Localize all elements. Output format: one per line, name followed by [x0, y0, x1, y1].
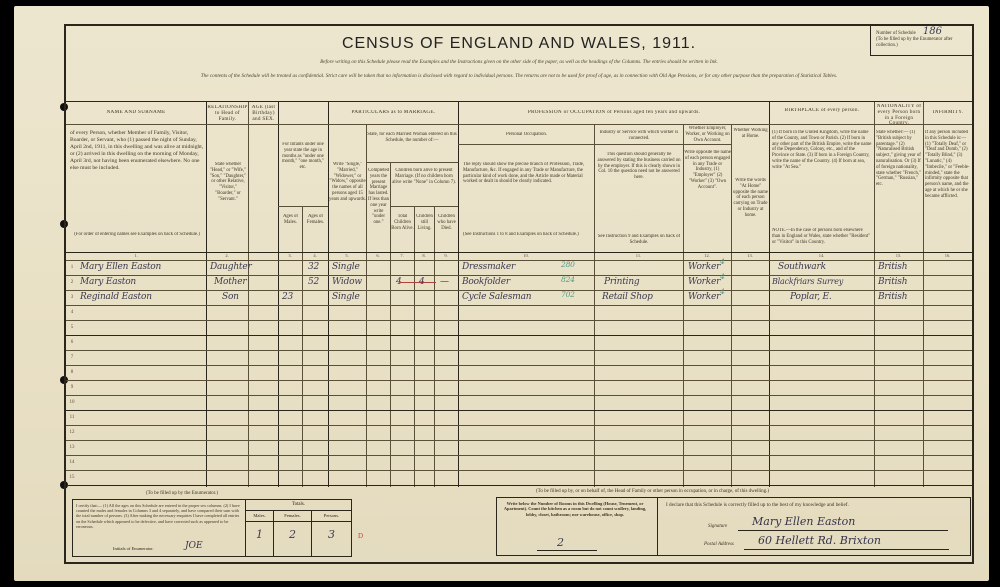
- row2-employer-code: 4: [720, 272, 725, 281]
- row3-birthplace: Poplar, E.: [790, 292, 832, 302]
- females-label: Females.: [274, 510, 311, 522]
- red-correction-line: [400, 282, 436, 283]
- header-personal-body: The reply should show the precise branch…: [463, 162, 591, 185]
- instruction-line: Before writing on this Schedule please r…: [126, 59, 912, 65]
- row3-employer-code: 4: [720, 287, 725, 296]
- schedule-number-box: Number of Schedule 186 (To be filled up …: [870, 24, 974, 56]
- header-name: NAME AND SURNAME: [66, 110, 206, 116]
- rooms-instruction: Write below the Number of Rooms in this …: [500, 501, 650, 517]
- row-number: 12: [68, 430, 76, 435]
- header-died: Children who have Died.: [435, 214, 458, 231]
- row-number: 10: [68, 400, 76, 405]
- declaration-text: I declare that this Schedule is correctl…: [666, 502, 849, 508]
- row1-name: Mary Ellen Easton: [80, 262, 161, 272]
- header-marriage: PARTICULARS as to MARRIAGE.: [329, 110, 458, 116]
- row3-nationality: British: [878, 292, 907, 302]
- row-number: 2: [68, 280, 76, 285]
- row2-occupation: Bookfolder: [462, 277, 510, 287]
- row-number: 11: [68, 415, 76, 420]
- header-total-born: Total Children Born Alive.: [391, 214, 414, 231]
- row-number: 3: [68, 295, 76, 300]
- header-personal-occupation: Personal Occupation.: [459, 132, 594, 138]
- header-occupation: PROFESSION or OCCUPATION of Persons aged…: [459, 110, 769, 116]
- header-employer: Whether Employer, Worker, or Working on …: [684, 126, 731, 143]
- row2-condition: Widow: [332, 277, 362, 287]
- header-home: Whether Working at Home.: [732, 128, 769, 140]
- header-nationality-body: State whether:— (1) "British subject by …: [876, 130, 922, 188]
- enumerator-certification: I certify that:— (1) All the ages on thi…: [76, 503, 244, 529]
- row-number: 15: [68, 475, 76, 480]
- row1-relationship: Daughter: [210, 262, 252, 272]
- schedule-number-value: 186: [923, 26, 942, 37]
- persons-label: Persons.: [312, 510, 351, 522]
- row1-condition: Single: [332, 262, 360, 272]
- red-mark: D: [358, 532, 363, 540]
- enumerator-initials-value: JOE: [185, 541, 203, 551]
- address-value: 60 Hellett Rd. Brixton: [758, 534, 881, 547]
- header-industry-body: This question should generally be answer…: [597, 152, 681, 181]
- row2-living: 4: [419, 277, 425, 287]
- row3-relationship: Son: [222, 292, 239, 302]
- document-title: CENSUS OF ENGLAND AND WALES, 1911.: [66, 35, 972, 53]
- household-box: Write below the Number of Rooms in this …: [496, 497, 971, 556]
- declaration-box: I declare that this Schedule is correctl…: [657, 498, 970, 555]
- row3-occupation-code: 702: [561, 290, 575, 299]
- row2-age-female: 52: [308, 277, 319, 287]
- header-industry: Industry or Service with which worker is…: [595, 130, 683, 142]
- header-age-males: Ages of Males.: [279, 214, 302, 226]
- header-age-body: For Infants under one year state the age…: [279, 142, 327, 171]
- row3-industry: Retail Shop: [602, 292, 653, 302]
- row1-occupation: Dressmaker: [462, 262, 515, 272]
- persons-total: 3: [312, 522, 351, 541]
- signature-value: Mary Ellen Easton: [752, 515, 855, 528]
- enumerator-initials-label: Initials of Enumerator.: [113, 546, 154, 551]
- row1-age-female: 32: [308, 262, 319, 272]
- header-employer-body: Write opposite the name of each person e…: [684, 150, 731, 191]
- header-married-woman: State, for each Married Woman entered on…: [367, 132, 457, 144]
- row3-occupation: Cycle Salesman: [462, 292, 531, 302]
- row-number: 5: [68, 325, 76, 330]
- row1-birthplace: Southwark: [778, 262, 826, 272]
- header-personal-note: (See Instructions 1 to 8 and Examples on…: [463, 232, 591, 238]
- header-years-married: Completed years the present Marriage has…: [367, 168, 390, 226]
- schedule-number-note: (To be filled up by the Enumerator after…: [876, 37, 969, 49]
- header-children: Children born alive to present Marriage.…: [391, 168, 457, 185]
- header-infirmity-body: If any person included in this Schedule …: [925, 130, 971, 200]
- row-number: 8: [68, 370, 76, 375]
- header-birthplace: BIRTHPLACE of every person.: [770, 108, 874, 114]
- row1-nationality: British: [878, 262, 907, 272]
- address-label: Postal Address: [704, 542, 734, 547]
- row-number: 13: [68, 445, 76, 450]
- header-marriage-condition: Write "Single," "Married," "Widower," or…: [329, 162, 366, 203]
- row3-employer: Worker: [688, 292, 720, 302]
- row1-employer: Worker: [688, 262, 720, 272]
- row2-nationality: British: [878, 277, 907, 287]
- row3-condition: Single: [332, 292, 360, 302]
- signature-label: Signature: [708, 524, 727, 529]
- totals-box: Totals. Males. 1 Females. 2 Persons. 3: [245, 500, 351, 556]
- row-number: 14: [68, 460, 76, 465]
- schedule-number-label: Number of Schedule: [876, 31, 916, 36]
- rooms-value: 2: [557, 536, 564, 549]
- row-number: 6: [68, 340, 76, 345]
- row-number: 1: [68, 265, 76, 270]
- household-table: NAME AND SURNAME of every Person, whethe…: [66, 102, 972, 487]
- header-relationship: RELATIONSHIP to Head of Family.: [207, 105, 248, 122]
- header-nationality: NATIONALITY of every Person born in a Fo…: [875, 104, 923, 127]
- header-age: AGE (last Birthday) and SEX.: [249, 105, 278, 122]
- row2-occupation-code: 824: [561, 275, 575, 284]
- header-relationship-body: State whether "Head," or "Wife," "Son," …: [209, 162, 247, 203]
- header-birthplace-note: NOTE.—In the case of persons born elsewh…: [772, 228, 872, 245]
- header-name-body: of every Person, whether Member of Famil…: [70, 130, 204, 172]
- enumerator-caption: (To be filled up by the Enumerator.): [146, 491, 218, 496]
- header-birthplace-body: (1) If born in the United Kingdom, write…: [772, 130, 872, 171]
- header-home-body: Write the words "At Home" opposite the n…: [732, 178, 769, 219]
- males-total: 1: [246, 522, 273, 541]
- males-label: Males.: [246, 510, 273, 522]
- females-total: 2: [274, 522, 311, 541]
- header-infirmity: INFIRMITY.: [924, 110, 972, 116]
- header-industry-note: See Instruction 9 and Examples on back o…: [597, 234, 681, 246]
- row1-employer-code: 4: [720, 257, 725, 266]
- row1-occupation-code: 280: [561, 260, 575, 269]
- row2-employer: Worker: [688, 277, 720, 287]
- row3-name: Reginald Easton: [80, 292, 152, 302]
- row2-relationship: Mother: [214, 277, 246, 287]
- header-name-note: (For order of entering names see Example…: [70, 232, 204, 238]
- row2-industry: Printing: [604, 277, 640, 287]
- household-caption: (To be filled up by, or on behalf of, th…: [536, 489, 769, 494]
- header-living: Children still Living.: [415, 214, 434, 231]
- row2-died: —: [440, 277, 449, 287]
- schedule-frame: CENSUS OF ENGLAND AND WALES, 1911. Befor…: [64, 24, 974, 564]
- row2-birthplace: Blackfriars Surrey: [772, 277, 843, 286]
- row3-age-male: 23: [282, 292, 293, 302]
- confidential-notice: The contents of the Schedule will be tre…: [72, 72, 966, 80]
- row2-name: Mary Easton: [80, 277, 136, 287]
- row-number: 7: [68, 355, 76, 360]
- enumerator-box: I certify that:— (1) All the ages on thi…: [72, 499, 352, 557]
- header-age-females: Ages of Females.: [303, 214, 328, 226]
- row-number: 9: [68, 385, 76, 390]
- row-number: 4: [68, 310, 76, 315]
